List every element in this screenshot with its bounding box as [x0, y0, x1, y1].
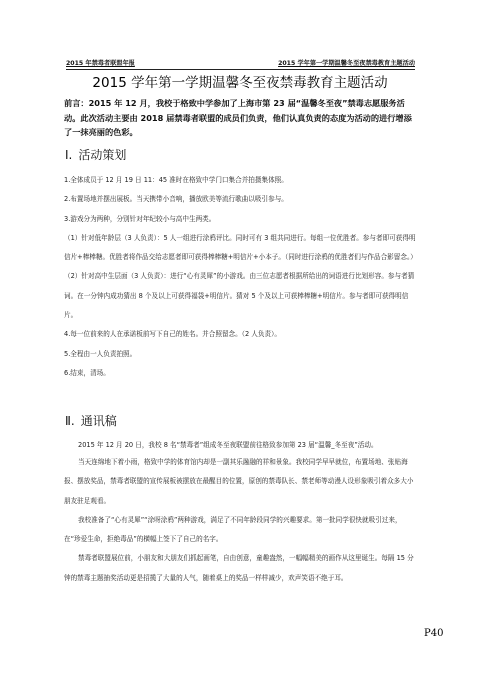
- section-number: Ⅱ.: [65, 413, 75, 429]
- plan-item: 5.全程由一人负责拍照。: [64, 345, 418, 364]
- preface-paragraph: 前言：2015 年 12 月，我校于格致中学参加了上海市第 23 届“温馨冬至夜…: [64, 96, 418, 140]
- running-header: 2015 年禁毒者联盟年报 2015 学年第一学期温馨冬至夜禁毒教育主题活动: [66, 59, 415, 70]
- page-number: P40: [424, 628, 443, 639]
- activity-plan-list: 1.全体成员于 12 月 19 日 11：45 准时在格致中学门口集合并拍摄集体…: [64, 171, 418, 383]
- header-left-text: 2015 年禁毒者联盟年报: [66, 60, 135, 68]
- plan-item: 3.游戏分为两种，分别针对年纪较小与高中生两类。: [64, 210, 418, 229]
- plan-item: （1）针对低年龄层（3 人负责）：5 人一组进行涂鸦评比。同时可有 3 组共同进…: [64, 229, 418, 268]
- plan-item: 1.全体成员于 12 月 19 日 11：45 准时在格致中学门口集合并拍摄集体…: [64, 171, 418, 190]
- news-paragraph: 2015 年 12 月 20 日，我校 8 名“禁毒者”组成冬至夜联盟前往格致参…: [64, 437, 418, 453]
- plan-item: （2）针对高中生层面（3 人负责）：进行“心有灵犀”的小游戏。由三位志愿者根据所…: [64, 267, 418, 325]
- news-article: 2015 年 12 月 20 日，我校 8 名“禁毒者”组成冬至夜联盟前往格致参…: [64, 437, 418, 588]
- section-heading-planning: Ⅰ.活动策划: [65, 147, 126, 163]
- header-right-text: 2015 学年第一学期温馨冬至夜禁毒教育主题活动: [278, 60, 415, 68]
- plan-item: 6.结束，清场。: [64, 364, 418, 383]
- section-title: 活动策划: [78, 148, 126, 162]
- document-page: 2015 年禁毒者联盟年报 2015 学年第一学期温馨冬至夜禁毒教育主题活动 2…: [0, 0, 480, 678]
- plan-item: 4.每一位前来的人在承诺板前写下自己的姓名。并合照留念。（2 人负责）。: [64, 325, 418, 344]
- section-title: 通讯稿: [81, 414, 117, 428]
- plan-item: 2.布置场地并摆出展板。当天携带小音响，播放欧美等流行歌曲以吸引参与。: [64, 190, 418, 209]
- news-paragraph: 我校准备了“心有灵犀”“涂呀涂鸦”两种游戏，满足了不同年龄段同学的兴趣要求。第一…: [64, 511, 418, 550]
- news-paragraph: 禁毒者联盟展位前，小朋友和大朋友们抓起画笔，自由创意，童趣盎然，一幅幅精美的画作…: [64, 549, 418, 588]
- document-title: 2015 学年第一学期温馨冬至夜禁毒教育主题活动: [0, 74, 480, 92]
- news-paragraph: 当天连绵地下着小雨，格致中学的体育馆内却是一副其乐融融的祥和景象。我校同学早早就…: [64, 453, 418, 511]
- section-heading-news: Ⅱ.通讯稿: [65, 413, 117, 429]
- section-number: Ⅰ.: [65, 147, 72, 163]
